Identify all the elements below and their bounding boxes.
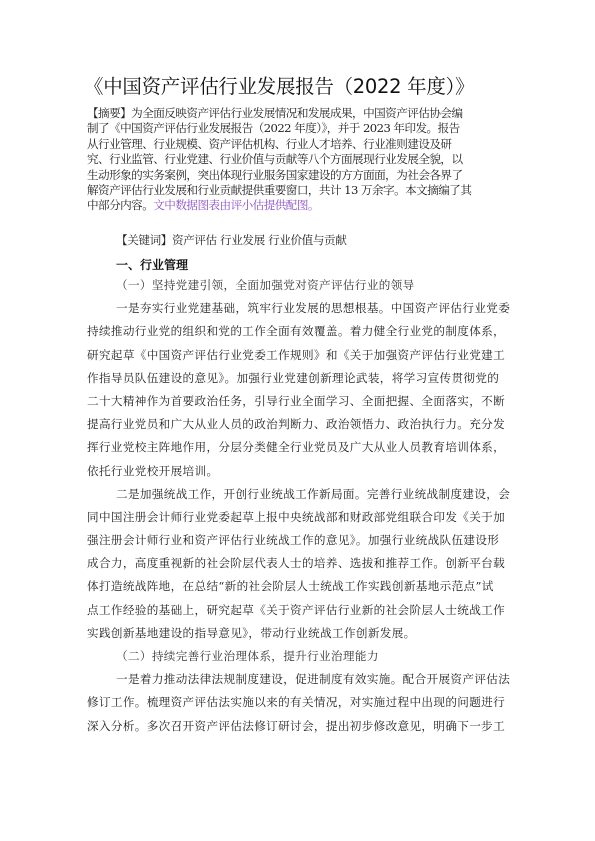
section-body: （一）坚持党建引领，全面加强党对资产评估行业的领导 一是夯实行业党建基础，筑牢行…: [87, 274, 519, 738]
section-heading: 一、行业管理: [116, 256, 188, 273]
document-page: 《中国资产评估行业发展报告（2022 年度）》 【摘要】为全面反映资产评估行业发…: [0, 0, 595, 841]
paragraph-line: 一是着力推动法律法规制度建设，促进制度有效实施。配合开展资产评估法: [87, 668, 519, 691]
paragraph-line: 挥行业党校主阵地作用，分层分类健全行业党员及广大从业人员教育培训体系，: [87, 436, 519, 459]
paragraph-line: 修订工作。梳理资产评估法实施以来的有关情况，对实施过程中出现的问题进行: [87, 691, 519, 714]
paragraph-line: 持续推动行业党的组织和党的工作全面有效覆盖。着力健全行业党的制度体系，: [87, 320, 519, 343]
paragraph-line: 实践创新基地建设的指导意见》，带动行业统战工作创新发展。: [87, 622, 519, 645]
paragraph-line: 点工作经验的基础上，研究起草《关于资产评估行业新的社会阶层人士统战工作: [87, 599, 519, 622]
abstract-line: 究、行业监管、行业党建、行业价值与贡献等八个方面展现行业发展全貌，以: [87, 152, 517, 167]
paragraph-line: 研究起草《中国资产评估行业党委工作规则》和《关于加强资产评估行业党建工: [87, 344, 519, 367]
paragraph-line: 提高行业党员和广大从业人员的政治判断力、政治领悟力、政治执行力。充分发: [87, 413, 519, 436]
paragraph-line: 二十大精神作为首要政治任务，引导行业全面学习、全面把握、全面落实，不断: [87, 390, 519, 413]
paragraph-line: 强注册会计师行业和资产评估行业统战工作的意见》。加强行业统战队伍建设形: [87, 529, 519, 552]
abstract-last-line: 中部分内容。文中数据图表由评小估提供配图。: [87, 198, 517, 213]
paragraph-line: 成合力，高度重视新的社会阶层代表人士的培养、选拔和推荐工作。创新平台载: [87, 552, 519, 575]
abstract-line: 解资产评估行业发展和行业贡献提供重要窗口，共计 13 万余字。本文摘编了其: [87, 183, 517, 198]
abstract: 【摘要】为全面反映资产评估行业发展情况和发展成果，中国资产评估协会编 制了《中国…: [87, 106, 517, 214]
subsection-heading: （一）坚持党建引领，全面加强党对资产评估行业的领导: [87, 274, 519, 297]
abstract-line: 生动形象的实务案例，突出体现行业服务国家建设的方方面面，为社会各界了: [87, 168, 517, 183]
paragraph-line: 二是加强统战工作，开创行业统战工作新局面。完善行业统战制度建设，会: [87, 483, 519, 506]
image-credit-note: 文中数据图表由评小估提供配图。: [153, 198, 319, 212]
paragraph-line: 作指导员队伍建设的意见》。加强行业党建创新理论武装，将学习宣传贯彻党的: [87, 367, 519, 390]
abstract-line: 从行业管理、行业规模、资产评估机构、行业人才培养、行业准则建设及研: [87, 137, 517, 152]
paragraph-line: 一是夯实行业党建基础，筑牢行业发展的思想根基。中国资产评估行业党委: [87, 297, 519, 320]
abstract-text: 中部分内容。: [87, 198, 153, 212]
paragraph-line: 深入分析。多次召开资产评估法修订研讨会，提出初步修改意见，明确下一步工: [87, 715, 519, 738]
paragraph-line: 依托行业党校开展培训。: [87, 460, 519, 483]
subsection-heading: （二）持续完善行业治理体系，提升行业治理能力: [87, 645, 519, 668]
paragraph-line: 体打造统战阵地，在总结“新的社会阶层人士统战工作实践创新基地示范点”试: [87, 575, 519, 598]
paragraph-line: 同中国注册会计师行业党委起草上报中央统战部和财政部党组联合印发《关于加: [87, 506, 519, 529]
keywords: 【关键词】资产评估 行业发展 行业价值与贡献: [116, 232, 346, 248]
abstract-line: 【摘要】为全面反映资产评估行业发展情况和发展成果，中国资产评估协会编: [87, 106, 517, 121]
abstract-line: 制了《中国资产评估行业发展报告（2022 年度）》，并于 2023 年印发。报告: [87, 121, 517, 136]
document-title: 《中国资产评估行业发展报告（2022 年度）》: [84, 71, 474, 99]
